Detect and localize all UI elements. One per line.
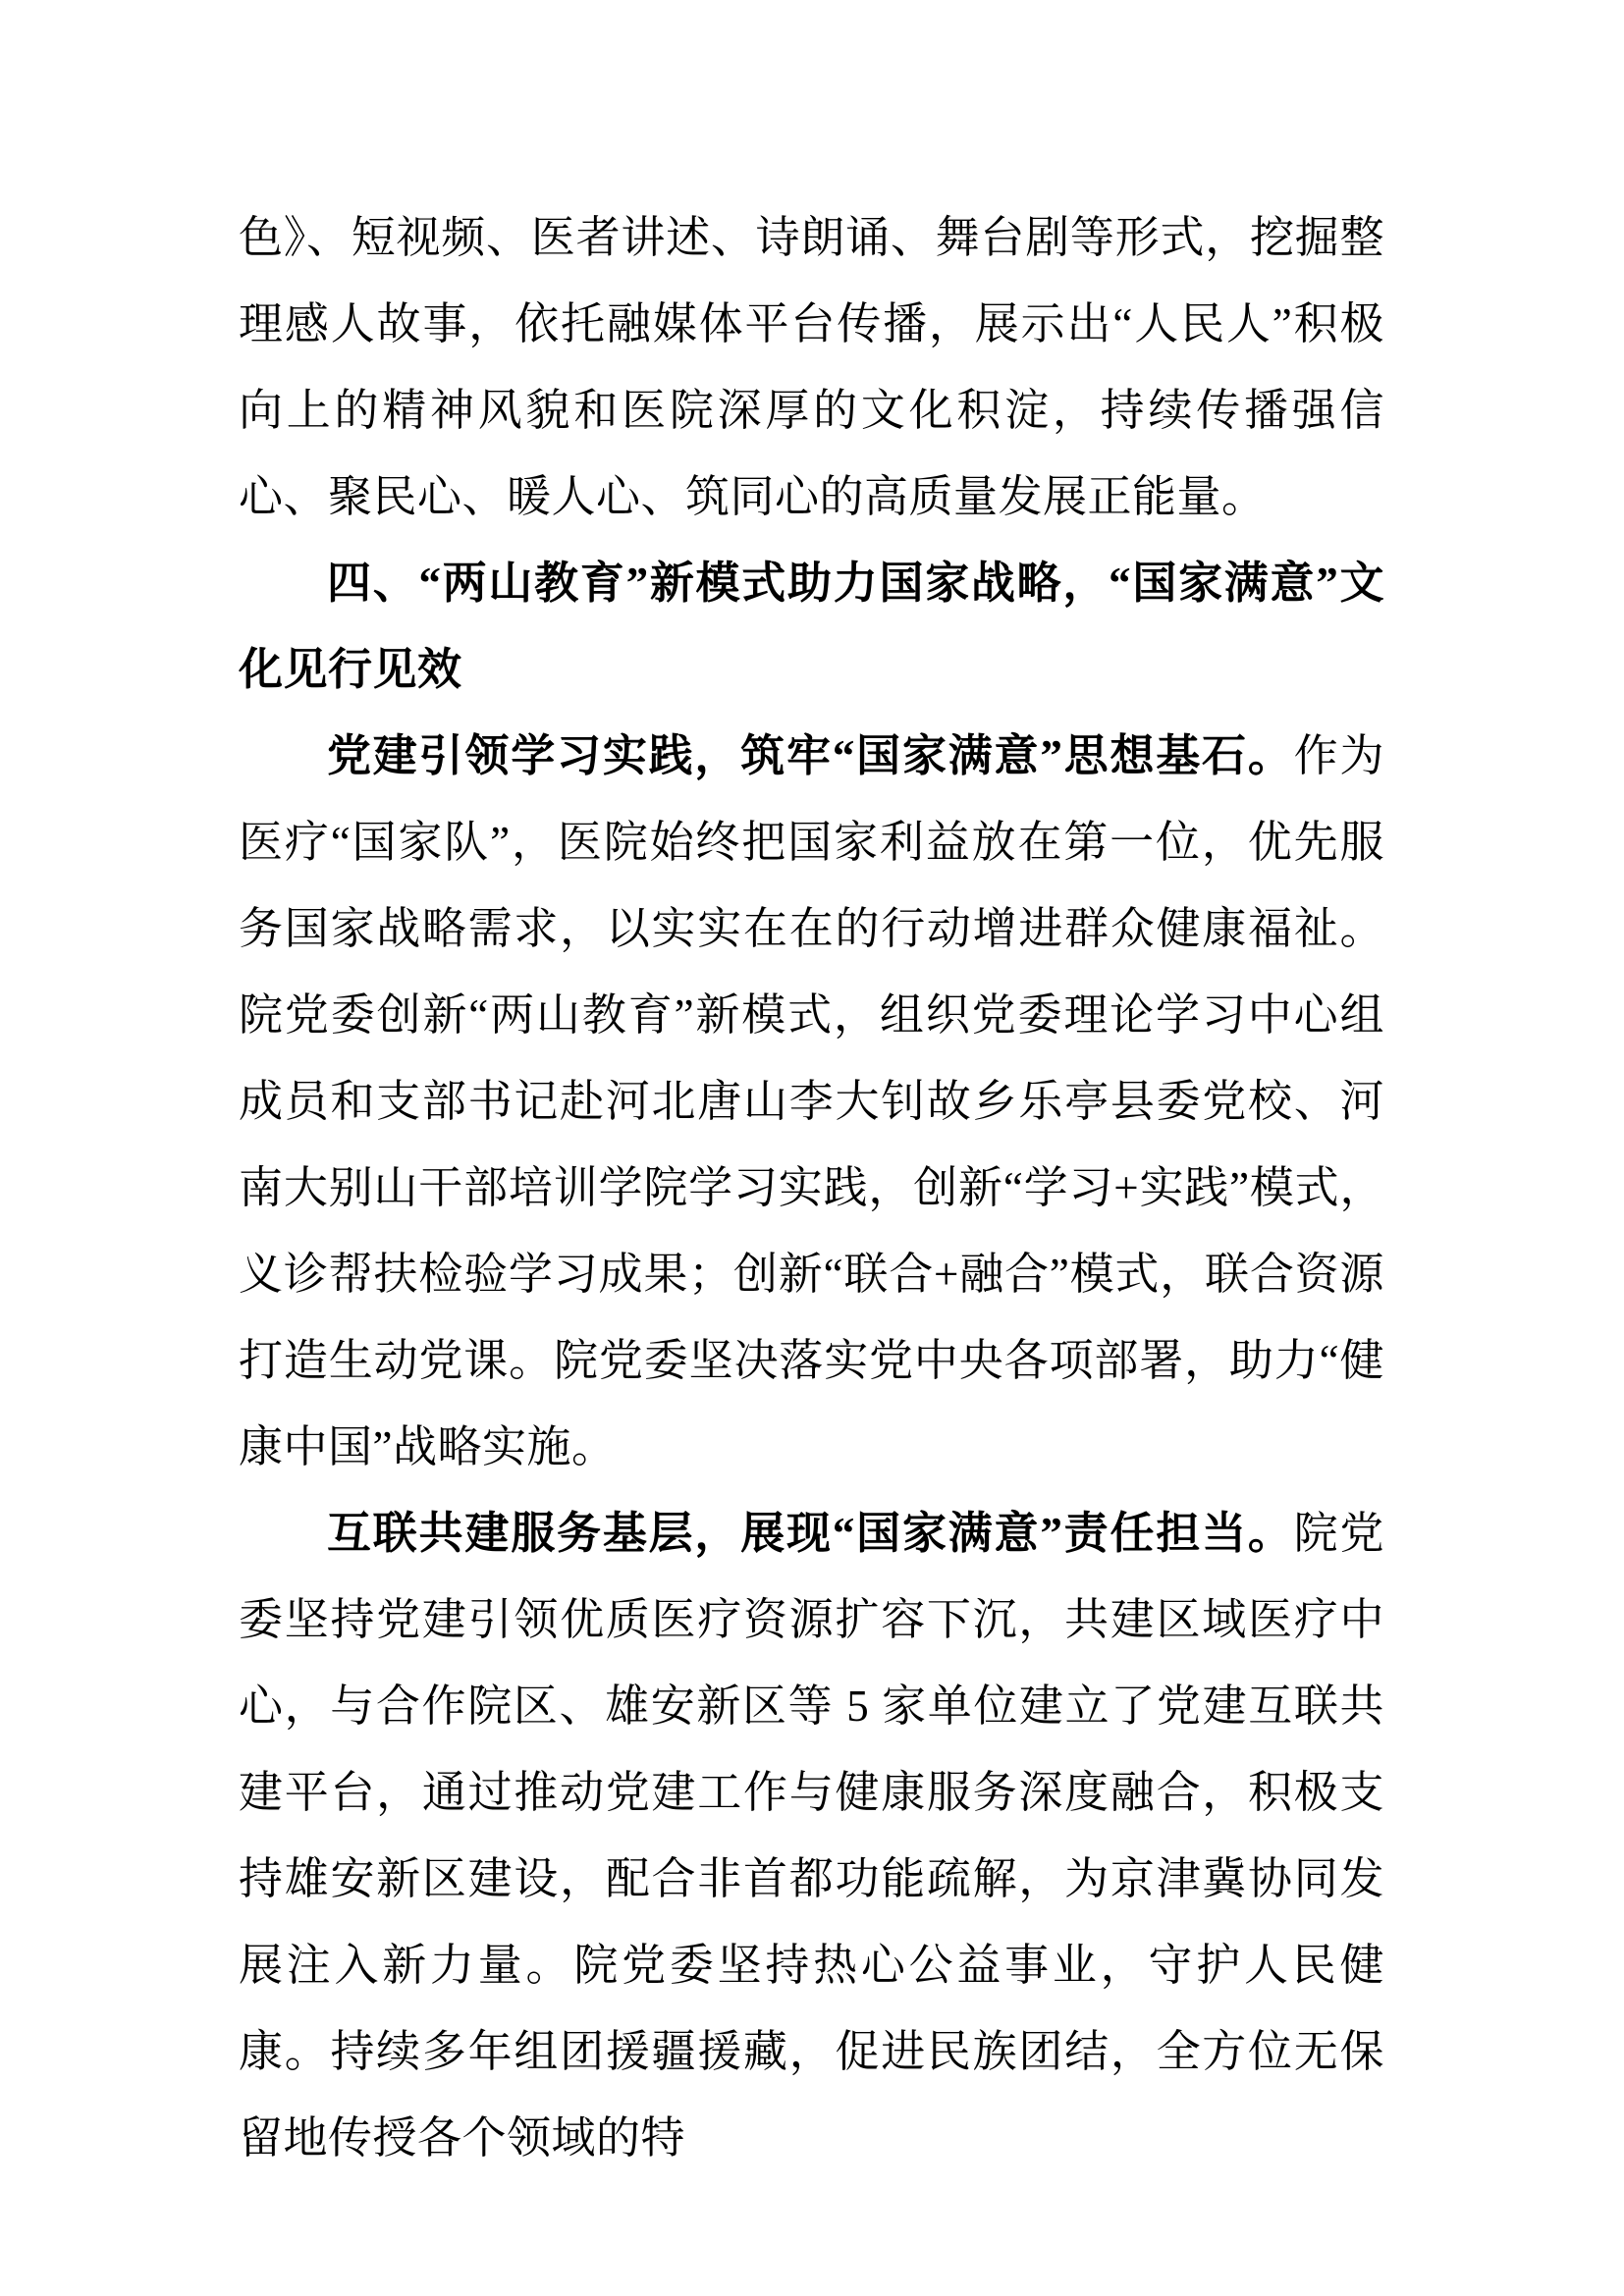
document-body: 色》、短视频、医者讲述、诗朗诵、舞台剧等形式，挖掘整理感人故事，依托融媒体平台传…: [239, 194, 1384, 2181]
text-segment: 院党委坚持党建引领优质医疗资源扩容下沉，共建区域医疗中心，与合作院区、雄安新区等…: [239, 1509, 1384, 2163]
document-page: 色》、短视频、医者讲述、诗朗诵、舞台剧等形式，挖掘整理感人故事，依托融媒体平台传…: [0, 0, 1624, 2296]
text-segment: 色》、短视频、医者讲述、诗朗诵、舞台剧等形式，挖掘整理感人故事，依托融媒体平台传…: [239, 213, 1384, 521]
text-segment: 作为医疗“国家队”，医院始终把国家利益放在第一位，优先服务国家战略需求，以实实在…: [239, 731, 1384, 1471]
text-segment: 四、“两山教育”新模式助力国家战略，“国家满意”文化见行见效: [239, 559, 1384, 694]
text-segment: 互联共建服务基层，展现“国家满意”责任担当。: [327, 1509, 1294, 1558]
text-segment: 党建引领学习实践，筑牢“国家满意”思想基石。: [327, 731, 1294, 780]
paragraph-interconnection-service: 互联共建服务基层，展现“国家满意”责任担当。院党委坚持党建引领优质医疗资源扩容下…: [239, 1490, 1384, 2181]
paragraph-party-building-study: 党建引领学习实践，筑牢“国家满意”思想基石。作为医疗“国家队”，医院始终把国家利…: [239, 713, 1384, 1490]
paragraph-culture-promotion: 色》、短视频、医者讲述、诗朗诵、舞台剧等形式，挖掘整理感人故事，依托融媒体平台传…: [239, 194, 1384, 540]
section-heading-four: 四、“两山教育”新模式助力国家战略，“国家满意”文化见行见效: [239, 540, 1384, 713]
